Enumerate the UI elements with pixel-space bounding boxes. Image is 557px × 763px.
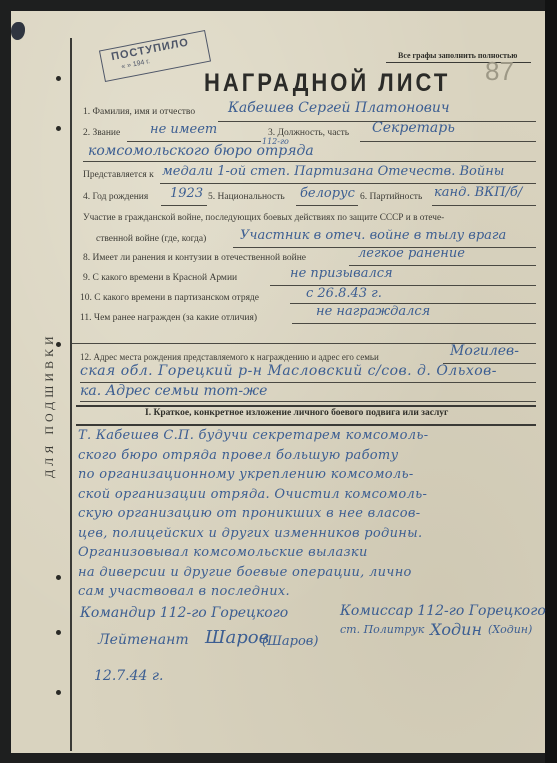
narrative-line: по организационному укреплению комсомоль… <box>78 467 414 482</box>
field-4-value: 1923 <box>170 186 203 201</box>
narrative-line: цев, полицейских и других изменников род… <box>78 526 422 541</box>
commander-signature: Шаров <box>205 627 269 648</box>
narrative-line: на диверсии и другие боевые операции, ли… <box>78 565 412 580</box>
commander-rank: Лейтенант <box>98 632 189 648</box>
field-2-value: не имеет <box>150 122 217 137</box>
binding-hole <box>56 630 61 635</box>
field-2-line <box>127 141 261 142</box>
narrative-line: скую организацию от проникших в нее влас… <box>78 506 420 521</box>
field-12-line3 <box>80 401 536 402</box>
scan-border <box>545 0 557 763</box>
commander-name: (Шаров) <box>262 634 318 649</box>
document-title: НАГРАДНОЙ ЛИСТ <box>204 68 450 98</box>
field-5-value: белорус <box>300 186 355 201</box>
field-3-line <box>360 141 536 142</box>
field-2-label: 2. Звание <box>83 128 120 138</box>
narrative-line: сам участвовал в последних. <box>78 584 290 599</box>
field-6-line <box>432 205 536 206</box>
field-6-label: 6. Партийность <box>360 192 422 202</box>
field-7-value: Участник в отеч. войне в тылу врага <box>240 228 506 243</box>
narrative-line: ской организации отряда. Очистил комсомо… <box>78 487 427 502</box>
nominated-line <box>160 183 536 184</box>
field-5-label: 5. Национальность <box>208 192 285 202</box>
binding-hole <box>56 575 61 580</box>
field-7-label-line2: ственной войне (где, когда) <box>96 234 206 244</box>
binding-hole <box>56 126 61 131</box>
pencil-page-number: 87 <box>485 56 514 87</box>
commissar-name: (Ходин) <box>488 623 532 636</box>
commander-title: Командир 112-го Горецкого <box>80 605 288 621</box>
date: 12.7.44 г. <box>94 668 163 684</box>
field-7-label-line1: Участие в гражданской войне, последующих… <box>83 213 444 223</box>
commissar-rank: ст. Политрук <box>340 623 424 636</box>
field-4-label: 4. Год рождения <box>83 192 148 202</box>
field-10-value: с 26.8.43 г. <box>306 286 382 301</box>
binding-hole <box>56 76 61 81</box>
commissar-signature: Ходин <box>430 620 482 639</box>
field-12-value-line3: ка. Адрес семьи тот-же <box>80 383 267 399</box>
field-10-label: 10. С какого времени в партизанском отря… <box>80 293 259 303</box>
section-title: I. Краткое, конкретное изложение личного… <box>145 408 448 418</box>
field-12-label: 12. Адрес места рождения представляемого… <box>80 352 379 362</box>
field-11-value: не награждался <box>316 304 430 319</box>
nominated-label: Представляется к <box>83 170 154 180</box>
field-9-value: не призывался <box>290 266 393 281</box>
field-1-value: Кабешев Сергей Платонович <box>228 100 450 116</box>
narrative-line: ского бюро отряда провел большую работу <box>78 448 398 463</box>
field-3-cont-line <box>83 161 536 162</box>
field-12-value-line1: Могилев- <box>450 343 519 359</box>
commissar-title: Комиссар 112-го Горецкого <box>340 603 546 619</box>
field-11-label: 11. Чем ранее награжден (за какие отличи… <box>80 313 257 323</box>
field-12-value-line2: ская обл. Горецкий р-н Масловский с/сов.… <box>80 363 497 379</box>
field-8-label: 8. Имеет ли ранения и контузии в отечест… <box>83 253 306 263</box>
binding-margin-label: ДЛЯ ПОДШИВКИ <box>42 320 72 490</box>
field-1-label: 1. Фамилия, имя и отчество <box>83 107 195 117</box>
field-11-line <box>292 323 536 324</box>
nominated-value: медали 1-ой степ. Партизана Отечеств. Во… <box>162 164 504 179</box>
field-3-value-cont: комсомольского бюро отряда <box>88 143 314 159</box>
section-top-rule <box>76 405 536 407</box>
field-9-label: 9. С какого времени в Красной Армии <box>83 273 237 283</box>
field-4-line <box>161 205 207 206</box>
binding-hole <box>56 690 61 695</box>
narrative-line: Т. Кабешев С.П. будучи секретарем комсом… <box>78 428 428 443</box>
section-bottom-rule <box>76 424 536 426</box>
field-6-value: канд. ВКП/б/ <box>434 185 522 200</box>
narrative-line: Организовывал комсомольские вылазки <box>78 545 368 560</box>
field-5-line <box>296 205 358 206</box>
field-3-value: Секретарь <box>372 120 455 136</box>
field-8-value: легкое ранение <box>358 246 465 261</box>
